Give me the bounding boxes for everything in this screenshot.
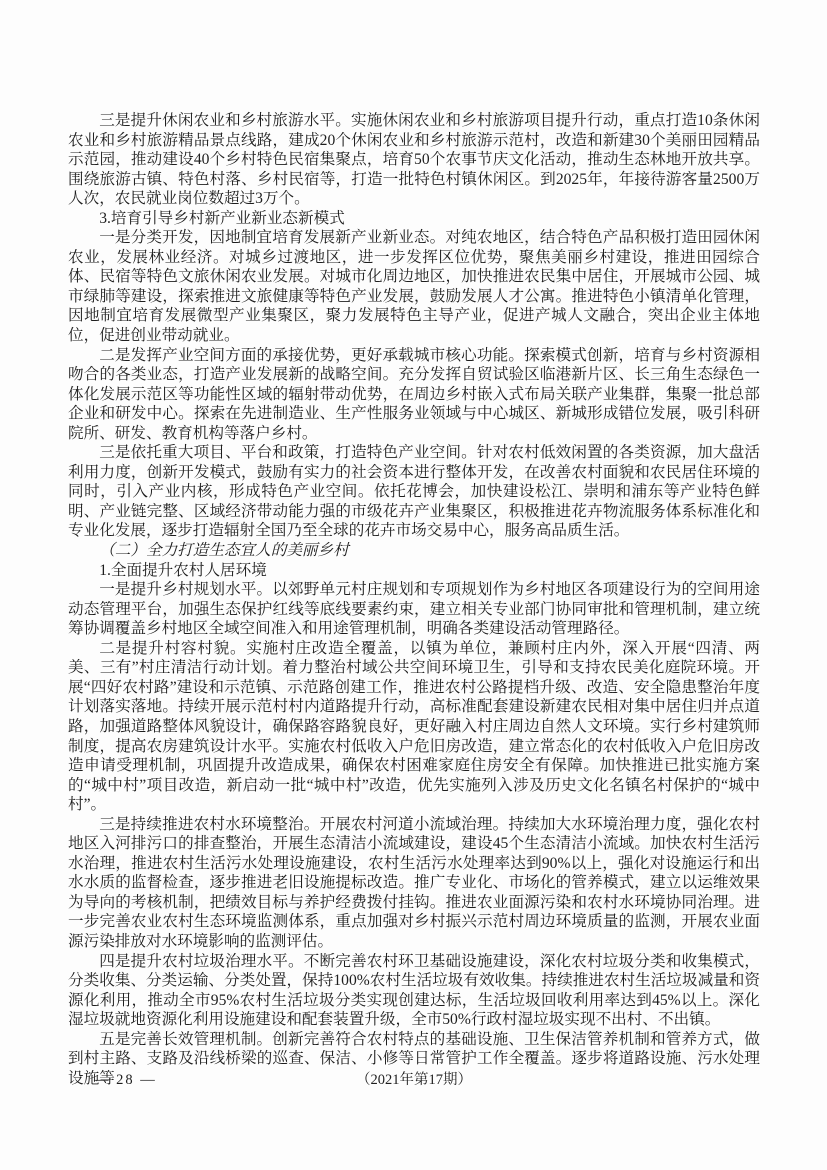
page-footer: — 28 — （2021年第17期） xyxy=(68,1069,760,1091)
subheading-living-environment: 1.全面提升农村人居环境 xyxy=(68,561,760,581)
subheading-new-industry: 3.培育引导乡村新产业新业态新模式 xyxy=(68,209,760,229)
paragraph-industry-space: 二是发挥产业空间方面的承接优势，更好承载城市核心功能。探索模式创新，培育与乡村资… xyxy=(68,346,760,444)
paragraph-village-appearance: 二是提升村容村貌。实施村庄改造全覆盖，以镇为单位，兼顾村庄内外，深入开展“四清、… xyxy=(68,639,760,815)
paragraph-leisure-agriculture: 三是提升休闲农业和乡村旅游水平。实施休闲农业和乡村旅游项目提升行动，重点打造10… xyxy=(68,111,760,209)
paragraph-water-environment: 三是持续推进农村水环境整治。开展农村河道小流域治理。持续加大水环境治理力度，强化… xyxy=(68,815,760,952)
document-body: 三是提升休闲农业和乡村旅游水平。实施休闲农业和乡村旅游项目提升行动，重点打造10… xyxy=(68,111,760,1088)
section-heading-beautiful-village: （二）全力打造生态宜人的美丽乡村 xyxy=(68,541,760,561)
paragraph-garbage-treatment: 四是提升农村垃圾治理水平。不断完善农村环卫基础设施建设，深化农村垃圾分类和收集模… xyxy=(68,952,760,1030)
issue-label: （2021年第17期） xyxy=(68,1069,760,1091)
paragraph-village-planning: 一是提升乡村规划水平。以郊野单元村庄规划和专项规划作为乡村地区各项建设行为的空间… xyxy=(68,580,760,639)
paragraph-classified-development: 一是分类开发，因地制宜培育发展新产业新业态。对纯农地区，结合特色产品积极打造田园… xyxy=(68,228,760,345)
document-page: 三是提升休闲农业和乡村旅游水平。实施休闲农业和乡村旅游项目提升行动，重点打造10… xyxy=(0,0,827,1170)
paragraph-major-projects: 三是依托重大项目、平台和政策，打造特色产业空间。针对农村低效闲置的各类资源，加大… xyxy=(68,443,760,541)
